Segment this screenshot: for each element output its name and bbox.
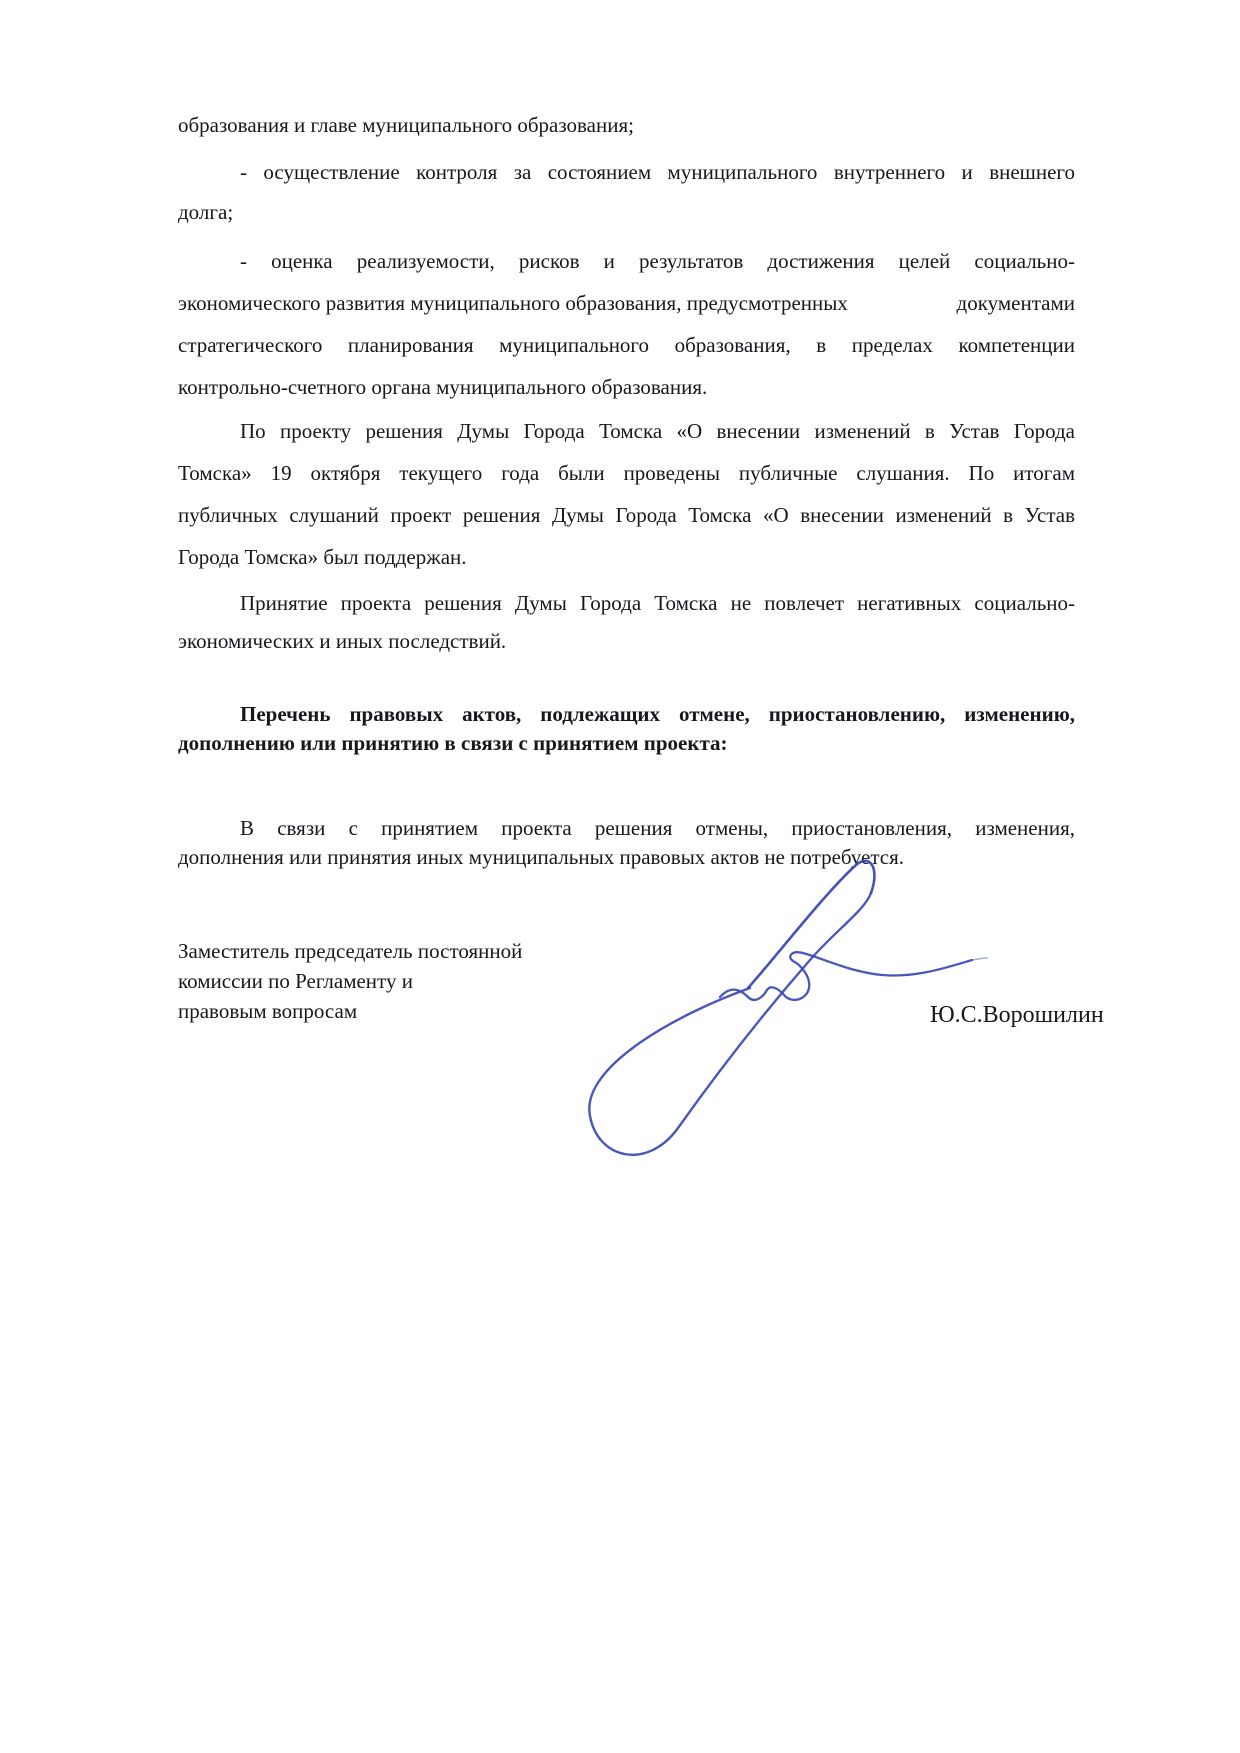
text-line: дополнения или принятия иных муниципальн…: [178, 843, 1075, 872]
paragraph-consequences: Принятие проекта решения Думы Города Том…: [178, 584, 1075, 660]
signatory-role-line: комиссии по Регламенту и: [178, 966, 608, 996]
document-page: образования и главе муниципального образ…: [0, 0, 1240, 1753]
paragraph-ocenka: - оценка реализуемости, рисков и результ…: [178, 240, 1075, 408]
text-line: контрольно-счетного органа муниципальног…: [178, 366, 1075, 408]
text-line: - оценка реализуемости, рисков и результ…: [178, 240, 1075, 282]
text-line: В связи с принятием проекта решения отме…: [178, 814, 1075, 843]
signatory-role-line: правовым вопросам: [178, 996, 608, 1026]
text-line: Города Томска» был поддержан.: [178, 536, 1075, 578]
paragraph-continuation: образования и главе муниципального образ…: [178, 105, 1075, 145]
text-line: экономического развития муниципального о…: [178, 282, 1075, 324]
text-line: публичных слушаний проект решения Думы Г…: [178, 494, 1075, 536]
text-segment: документами: [957, 282, 1075, 324]
paragraph-v-svyazi: В связи с принятием проекта решения отме…: [178, 814, 1075, 872]
paragraph-municipal-debt: - осуществление контроля за состоянием м…: [178, 152, 1075, 232]
signatory-role: Заместитель председатель постояннойкомис…: [178, 936, 608, 1026]
signature-squiggle-stroke: [720, 952, 972, 1000]
text-line: Перечень правовых актов, подлежащих отме…: [178, 700, 1075, 729]
text-line: - осуществление контроля за состоянием м…: [178, 152, 1075, 192]
signature-loop-stroke: [748, 861, 874, 988]
heading-perechen: Перечень правовых актов, подлежащих отме…: [178, 700, 1075, 758]
text-segment: экономического развития муниципального о…: [178, 282, 848, 324]
signatory-role-line: Заместитель председатель постоянной: [178, 936, 608, 966]
text-line: экономических и иных последствий.: [178, 622, 1075, 660]
signature-oval-stroke: [589, 893, 871, 1155]
text-line: образования и главе муниципального образ…: [178, 105, 1075, 145]
text-line: дополнению или принятию в связи с принят…: [178, 729, 1075, 758]
text-line: По проекту решения Думы Города Томска «О…: [178, 410, 1075, 452]
text-line: Принятие проекта решения Думы Города Том…: [178, 584, 1075, 622]
text-line: стратегического планирования муниципальн…: [178, 324, 1075, 366]
paragraph-public-hearings: По проекту решения Думы Города Томска «О…: [178, 410, 1075, 578]
text-line: долга;: [178, 192, 1075, 232]
signatory-name: Ю.С.Ворошилин: [930, 1002, 1104, 1029]
signature-faint-tail: [972, 958, 987, 960]
text-line: Томска» 19 октября текущего года были пр…: [178, 452, 1075, 494]
